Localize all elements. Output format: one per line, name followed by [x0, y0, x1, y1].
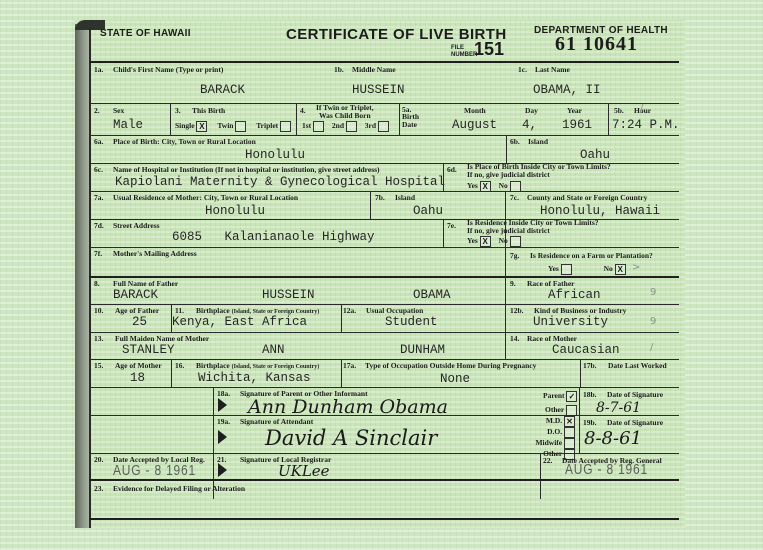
do-checkbox[interactable] — [564, 427, 575, 438]
field-number-15: 15. — [94, 361, 103, 370]
other-label: Other — [545, 405, 564, 414]
col-divider — [296, 103, 297, 135]
row-divider — [89, 415, 679, 416]
label-mailing-address: Mother's Mailing Address — [113, 249, 197, 258]
label-residence-island: Island — [395, 193, 415, 202]
row-divider — [89, 191, 679, 192]
col-divider — [580, 359, 581, 387]
row-divider — [89, 304, 679, 305]
yes-label: Yes — [467, 181, 478, 190]
certificate-number: 61 10641 — [555, 33, 638, 56]
label-month: Month — [464, 106, 486, 115]
no-label: No — [499, 181, 508, 190]
single-checkbox[interactable]: X — [196, 121, 207, 132]
local-registrar-date-stamp: AUG - 8 1961 — [113, 462, 196, 479]
field-number-7d: 7d. — [94, 221, 104, 230]
field-number-17a: 17a. — [343, 361, 356, 370]
mother-race: Caucasian — [552, 343, 620, 357]
residence-limits-no-checkbox[interactable] — [510, 236, 521, 247]
section-divider — [89, 479, 679, 481]
place-of-birth-island: Oahu — [580, 148, 610, 162]
midwife-checkbox[interactable] — [564, 438, 575, 449]
field-number-4: 4. — [300, 106, 306, 115]
field-number-23: 23. — [94, 484, 103, 493]
label-mother-residence: Usual Residence of Mother: City, Town or… — [113, 193, 298, 202]
bottom-rule — [89, 518, 679, 520]
label-father-birthplace: Birthplace (Island, State or Foreign Cou… — [196, 306, 319, 315]
label-farm-plantation: Is Residence on a Farm or Plantation? — [530, 251, 653, 260]
label-day: Day — [525, 106, 538, 115]
field-number-7f: 7f. — [94, 249, 102, 258]
residence-limits-options: Yes X No — [467, 236, 521, 247]
mother-middle-name: ANN — [262, 343, 285, 357]
label-mother-maiden-name: Full Maiden Name of Mother — [115, 334, 209, 343]
col-divider — [443, 163, 444, 191]
label-place-of-birth: Place of Birth: City, Town or Rural Loca… — [113, 137, 256, 146]
label-sex: Sex — [113, 106, 124, 115]
md-checkbox[interactable]: ✕ — [564, 416, 575, 427]
label-twin-line2: Was Child Born — [316, 112, 374, 120]
field-number-6a: 6a. — [94, 137, 103, 146]
field-number-7c: 7c. — [510, 193, 519, 202]
label-twin-triplet: If Twin or Triplet, Was Child Born — [316, 104, 374, 120]
father-last-name: OBAMA — [413, 288, 451, 302]
label-birthplace-hint: (Island, State or Foreign Country) — [232, 364, 320, 370]
label-father-name: Full Name of Father — [113, 279, 178, 288]
field-number-2: 2. — [94, 106, 100, 115]
field-number-7g: 7g. — [510, 251, 519, 260]
col-divider — [505, 276, 506, 304]
twin-checkbox[interactable] — [235, 121, 246, 132]
row-divider — [89, 247, 679, 248]
label-evidence-delayed-filing: Evidence for Delayed Filing or Alteratio… — [113, 484, 245, 493]
child-sex: Male — [113, 118, 143, 132]
md-label: M.D. — [546, 416, 562, 425]
yes-label: Yes — [467, 236, 478, 245]
label-year: Year — [567, 106, 582, 115]
birth-month: August — [452, 118, 497, 132]
birth-hour: 7:24 P.M. — [612, 118, 680, 132]
hospital-name: Kapiolani Maternity & Gynecological Hosp… — [115, 175, 445, 189]
margin-check-mark: / — [650, 342, 653, 353]
attendant-signature-date: 8-8-61 — [584, 428, 642, 449]
this-birth-options: Single X Twin Triplet — [175, 121, 291, 132]
col-divider — [370, 191, 371, 219]
label-7e-line2: If no, give judicial district — [467, 227, 599, 235]
option-triplet-label: Triplet — [256, 121, 278, 130]
label-attendant-signature: Signature of Attendant — [240, 417, 313, 426]
child-first-name: BARACK — [200, 83, 245, 97]
field-number-22: 22. — [543, 456, 552, 465]
field-number-18a: 18a. — [217, 389, 230, 398]
father-birthplace: Kenya, East Africa — [172, 315, 307, 329]
file-number: 151 — [474, 39, 504, 60]
birth-year: 1961 — [562, 118, 592, 132]
label-occupation-pregnancy: Type of Occupation Outside Home During P… — [365, 361, 536, 370]
field-number-6b: 6b. — [510, 137, 520, 146]
label-date-of-signature: Date of Signature — [607, 390, 663, 399]
col-divider — [341, 359, 342, 387]
field-number-10: 10. — [94, 306, 103, 315]
residence-limits-yes-checkbox[interactable]: X — [480, 236, 491, 247]
field-number-14: 14. — [510, 334, 519, 343]
farm-yes-checkbox[interactable] — [561, 264, 572, 275]
row-divider — [89, 387, 679, 388]
label-island: Island — [528, 137, 548, 146]
label-date-last-worked: Date Last Worked — [608, 361, 667, 370]
field-number-12a: 12a. — [343, 306, 356, 315]
label-6d-line2: If no, give judicial district — [467, 171, 611, 179]
mother-maiden-last-name: DUNHAM — [400, 343, 445, 357]
parent-option: Parent ✓ — [543, 391, 577, 402]
birth-day: 4, — [522, 118, 537, 132]
option-3rd-label: 3rd — [365, 121, 376, 130]
label-date-of-signature: Date of Signature — [607, 418, 663, 427]
col-divider — [505, 247, 506, 276]
label-birth-date: Birth Date — [402, 113, 419, 129]
label-middle-name: Middle Name — [352, 65, 396, 74]
option-1st-label: 1st — [302, 121, 311, 130]
triplet-checkbox[interactable] — [280, 121, 291, 132]
signature-arrow-icon — [218, 463, 227, 477]
label-residence-inside-limits: Is Residence Inside City or Town Limits?… — [467, 219, 599, 235]
field-number-1a: 1a. — [94, 65, 103, 74]
midwife-label: Midwife — [535, 438, 562, 447]
label-street-address: Street Address — [113, 221, 160, 230]
row-divider — [89, 359, 679, 360]
do-label: D.O. — [547, 427, 562, 436]
no-label: No — [499, 236, 508, 245]
informant-signature-date: 8-7-61 — [596, 400, 641, 416]
first-checkbox[interactable] — [313, 121, 324, 132]
margin-check-mark: > — [632, 262, 640, 273]
father-age: 25 — [132, 315, 147, 329]
registrar-general-date-stamp: AUG - 8 1961 — [565, 461, 648, 478]
attendant-signature: David A Sinclair — [265, 426, 437, 450]
field-number-3: 3. — [175, 106, 181, 115]
yes-label: Yes — [548, 264, 559, 273]
field-number-7a: 7a. — [94, 193, 103, 202]
label-last-name: Last Name — [535, 65, 570, 74]
margin-check-mark: 9 — [650, 287, 656, 298]
binding-edge — [75, 24, 89, 528]
section-divider — [89, 276, 679, 278]
mother-residence-county-state: Honolulu, Hawaii — [540, 204, 660, 218]
field-number-16: 16. — [175, 361, 184, 370]
second-checkbox[interactable] — [346, 121, 357, 132]
mother-residence-island: Oahu — [413, 204, 443, 218]
place-of-birth-city: Honolulu — [245, 148, 305, 162]
signature-arrow-icon — [218, 430, 227, 444]
label-birthplace: Birthplace — [196, 361, 230, 370]
margin-check-mark: / — [640, 103, 643, 114]
row-divider — [89, 135, 679, 136]
farm-no-checkbox[interactable]: X — [615, 264, 626, 275]
field-number-5b: 5b. — [614, 106, 624, 115]
field-number-9: 9. — [510, 279, 516, 288]
row-divider — [89, 332, 679, 333]
col-divider — [341, 304, 342, 332]
father-occupation: Student — [385, 315, 438, 329]
label-mother-birthplace: Birthplace (Island, State or Foreign Cou… — [196, 361, 319, 370]
label-age-father: Age of Father — [115, 306, 159, 315]
col-divider — [608, 103, 609, 135]
mother-age: 18 — [130, 371, 145, 385]
row-divider — [89, 103, 679, 104]
field-number-19a: 19a. — [217, 417, 230, 426]
col-divider — [505, 332, 506, 359]
father-middle-name: HUSSEIN — [262, 288, 315, 302]
label-date: Date — [402, 121, 419, 129]
field-number-6d: 6d. — [447, 165, 457, 174]
label-business-industry: Kind of Business or Industry — [534, 306, 626, 315]
label-county-state: County and State or Foreign Country — [527, 193, 647, 202]
label-usual-occupation: Usual Occupation — [366, 306, 423, 315]
col-divider — [213, 387, 214, 499]
margin-check-mark: 9 — [650, 316, 656, 327]
label-race-mother: Race of Mother — [527, 334, 577, 343]
field-number-20: 20. — [94, 455, 103, 464]
third-checkbox[interactable] — [378, 121, 389, 132]
field-number-12b: 12b. — [510, 306, 524, 315]
parent-label: Parent — [543, 391, 565, 400]
label-this-birth: This Birth — [192, 106, 225, 115]
col-divider — [399, 103, 400, 135]
col-divider — [505, 304, 506, 332]
label-birthplace: Birthplace — [196, 306, 230, 315]
no-label: No — [604, 264, 613, 273]
field-number-7b: 7b. — [375, 193, 385, 202]
state-label: STATE OF HAWAII — [100, 28, 191, 39]
field-number-18b: 18b. — [583, 390, 597, 399]
label-hospital: Name of Hospital or Institution (If not … — [113, 165, 380, 174]
col-divider — [540, 453, 541, 499]
mother-birthplace: Wichita, Kansas — [198, 371, 311, 385]
farm-options: Yes No X — [548, 264, 626, 275]
field-number-13: 13. — [94, 334, 103, 343]
mother-first-name: STANLEY — [122, 343, 175, 357]
field-number-7e: 7e. — [447, 221, 456, 230]
field-number-1b: 1b. — [334, 65, 344, 74]
col-divider — [579, 387, 580, 453]
birth-order-options: 1st 2nd 3rd — [302, 121, 389, 132]
label-child-first-name: Child's First Name (Type or print) — [113, 65, 223, 74]
field-number-1c: 1c. — [518, 65, 527, 74]
local-registrar-signature: UKLee — [278, 462, 330, 480]
label-age-mother: Age of Mother — [115, 361, 162, 370]
col-divider — [171, 359, 172, 387]
option-twin-label: Twin — [217, 121, 233, 130]
mother-occupation: None — [440, 372, 470, 386]
father-first-name: BARACK — [113, 288, 158, 302]
option-single-label: Single — [175, 121, 195, 130]
field-number-11: 11. — [175, 306, 184, 315]
field-number-8: 8. — [94, 279, 100, 288]
father-race: African — [548, 288, 601, 302]
child-middle-name: HUSSEIN — [352, 83, 405, 97]
col-divider — [506, 135, 507, 163]
field-number-6c: 6c. — [94, 165, 103, 174]
row-divider — [89, 453, 679, 454]
col-divider — [170, 103, 171, 135]
father-industry: University — [533, 315, 608, 329]
child-last-name: OBAMA, II — [533, 83, 601, 97]
mother-residence-city: Honolulu — [205, 204, 265, 218]
label-race-father: Race of Father — [527, 279, 574, 288]
header-rule — [89, 61, 679, 63]
field-number-19b: 19b. — [583, 418, 597, 427]
option-2nd-label: 2nd — [332, 121, 344, 130]
label-inside-city-limits: Is Place of Birth Inside City or Town Li… — [467, 163, 611, 179]
parent-checkbox[interactable]: ✓ — [566, 391, 577, 402]
signature-arrow-icon — [218, 398, 227, 412]
field-number-17b: 17b. — [583, 361, 597, 370]
mother-street-address: 6085 Kalanianaole Highway — [172, 230, 375, 244]
col-divider — [443, 219, 444, 247]
